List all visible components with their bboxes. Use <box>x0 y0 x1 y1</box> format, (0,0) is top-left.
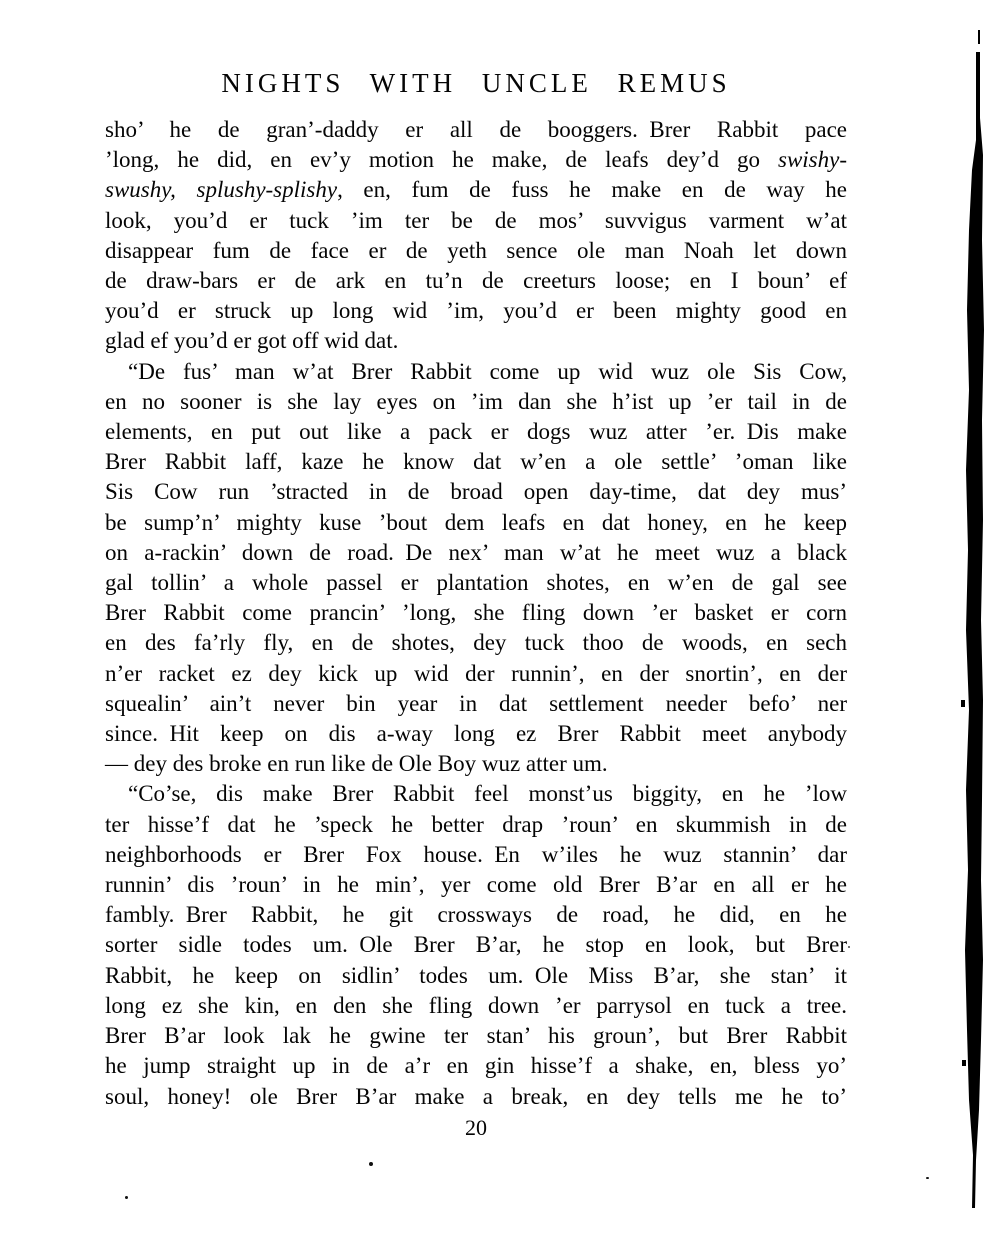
text-line: sorter sidle todes um. Ole Brer B’ar, he… <box>105 930 847 960</box>
text-line: swushy, splushy-splishy, en, fum de fuss… <box>105 175 847 205</box>
text-line: look, you’d er tuck ’im ter be de mos’ s… <box>105 206 847 236</box>
text-line: Brer B’ar look lak he gwine ter stan’ hi… <box>105 1021 847 1051</box>
text-line: ’long, he did, en ev’y motion he make, d… <box>105 145 847 175</box>
page-text: sho’ he de gran’-daddy er all de boogger… <box>105 115 847 1112</box>
text-line: “De fus’ man w’at Brer Rabbit come up wi… <box>105 357 847 387</box>
ink-speck <box>926 1177 929 1179</box>
text-line: Sis Cow run ’stracted in de broad open d… <box>105 477 847 507</box>
text-line: on a-rackin’ down de road. De nex’ man w… <box>105 538 847 568</box>
text-line: Brer Rabbit laff, kaze he know dat w’en … <box>105 447 847 477</box>
text-line: en des fa’rly fly, en de shotes, dey tuc… <box>105 628 847 658</box>
text-line: soul, honey! ole Brer B’ar make a break,… <box>105 1082 847 1112</box>
text-line: — dey des broke en run like de Ole Boy w… <box>105 749 847 779</box>
text-line: long ez she kin, en den she fling down ’… <box>105 991 847 1021</box>
text-line: elements, en put out like a pack er dogs… <box>105 417 847 447</box>
text-line: neighborhoods er Brer Fox house. En w’il… <box>105 840 847 870</box>
text-line: he jump straight up in de a’r en gin his… <box>105 1051 847 1081</box>
text-line: squealin’ ain’t never bin year in dat se… <box>105 689 847 719</box>
text-line: you’d er struck up long wid ’im, you’d e… <box>105 296 847 326</box>
text-line: runnin’ dis ’roun’ in he min’, yer come … <box>105 870 847 900</box>
text-line: gal tollin’ a whole passel er plantation… <box>105 568 847 598</box>
text-line: be sump’n’ mighty kuse ’bout dem leafs e… <box>105 508 847 538</box>
text-line: glad ef you’d er got off wid dat. <box>105 326 847 356</box>
text-line: “Co’se, dis make Brer Rabbit feel monst’… <box>105 779 847 809</box>
text-line: disappear fum de face er de yeth sence o… <box>105 236 847 266</box>
page-number: 20 <box>105 1115 847 1141</box>
text-line: since. Hit keep on dis a-way long ez Bre… <box>105 719 847 749</box>
book-page: NIGHTS WITH UNCLE REMUS sho’ he de gran’… <box>0 0 1000 1238</box>
ink-speck <box>848 946 850 948</box>
text-line: de draw-bars er de ark en tu’n de creetu… <box>105 266 847 296</box>
ink-speck <box>125 1196 128 1199</box>
text-line: n’er racket ez dey kick up wid der runni… <box>105 659 847 689</box>
text-line: Brer Rabbit come prancin’ ’long, she fli… <box>105 598 847 628</box>
text-line: fambly. Brer Rabbit, he git crossways de… <box>105 900 847 930</box>
text-line: ter hisse’f dat he ’speck he better drap… <box>105 810 847 840</box>
text-line: Rabbit, he keep on sidlin’ todes um. Ole… <box>105 961 847 991</box>
ink-speck <box>369 1162 373 1166</box>
text-line: en no sooner is she lay eyes on ’im dan … <box>105 387 847 417</box>
running-title: NIGHTS WITH UNCLE REMUS <box>105 68 847 99</box>
text-line: sho’ he de gran’-daddy er all de boogger… <box>105 115 847 145</box>
